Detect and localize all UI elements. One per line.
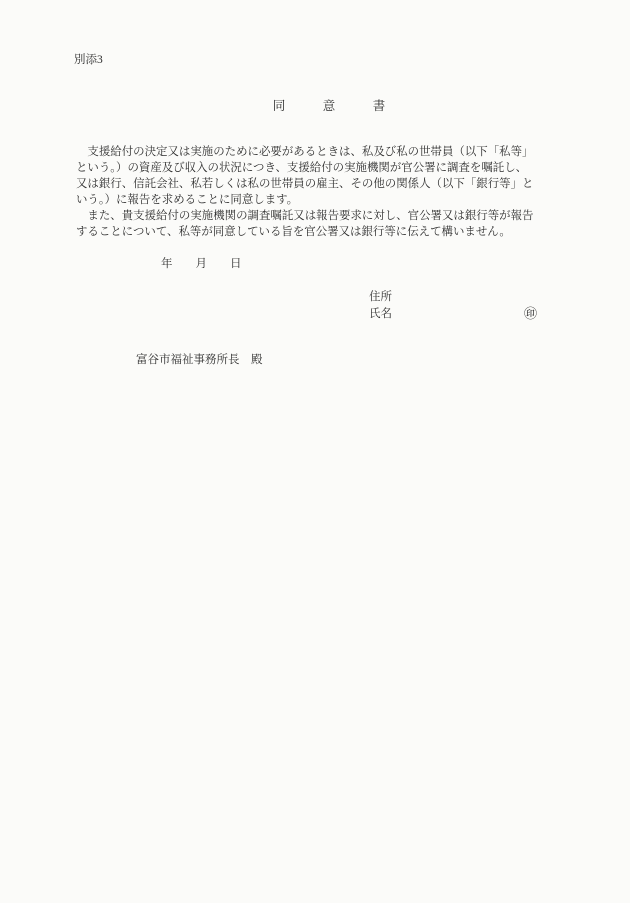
consent-text-line: また、貴支援給付の実施機関の調査嘱託又は報告要求に対し、官公署又は銀行等が報告 [76,208,562,224]
recipient-line: 富谷市福祉事務所長 殿 [136,353,263,368]
consent-text-line: 支援給付の決定又は実施のために必要があるときは、私及び私の世帯員（以下「私等」 [76,144,562,160]
consent-body: 支援給付の決定又は実施のために必要があるときは、私及び私の世帯員（以下「私等」 … [76,144,562,240]
document-title: 同 意 書 [0,99,630,114]
consent-text-line: 又は銀行、信託会社、私若しくは私の世帯員の雇主、その他の関係人（以下「銀行等」と [76,176,562,192]
document-page: 別添3 同 意 書 支援給付の決定又は実施のために必要があるときは、私及び私の世… [0,0,630,903]
name-label: 氏名 [369,307,392,322]
consent-text-line: することについて、私等が同意している旨を官公署又は銀行等に伝えて構いません。 [76,224,562,240]
seal-icon: ㊞ [524,306,537,321]
address-label: 住所 [369,290,392,305]
date-line: 年 月 日 [161,257,242,272]
consent-text-line: いう。）に報告を求めることに同意します。 [76,192,562,208]
attachment-label: 別添3 [74,53,103,67]
consent-text-line: という。）の資産及び収入の状況につき、支援給付の実施機関が官公署に調査を嘱託し、 [76,160,562,176]
